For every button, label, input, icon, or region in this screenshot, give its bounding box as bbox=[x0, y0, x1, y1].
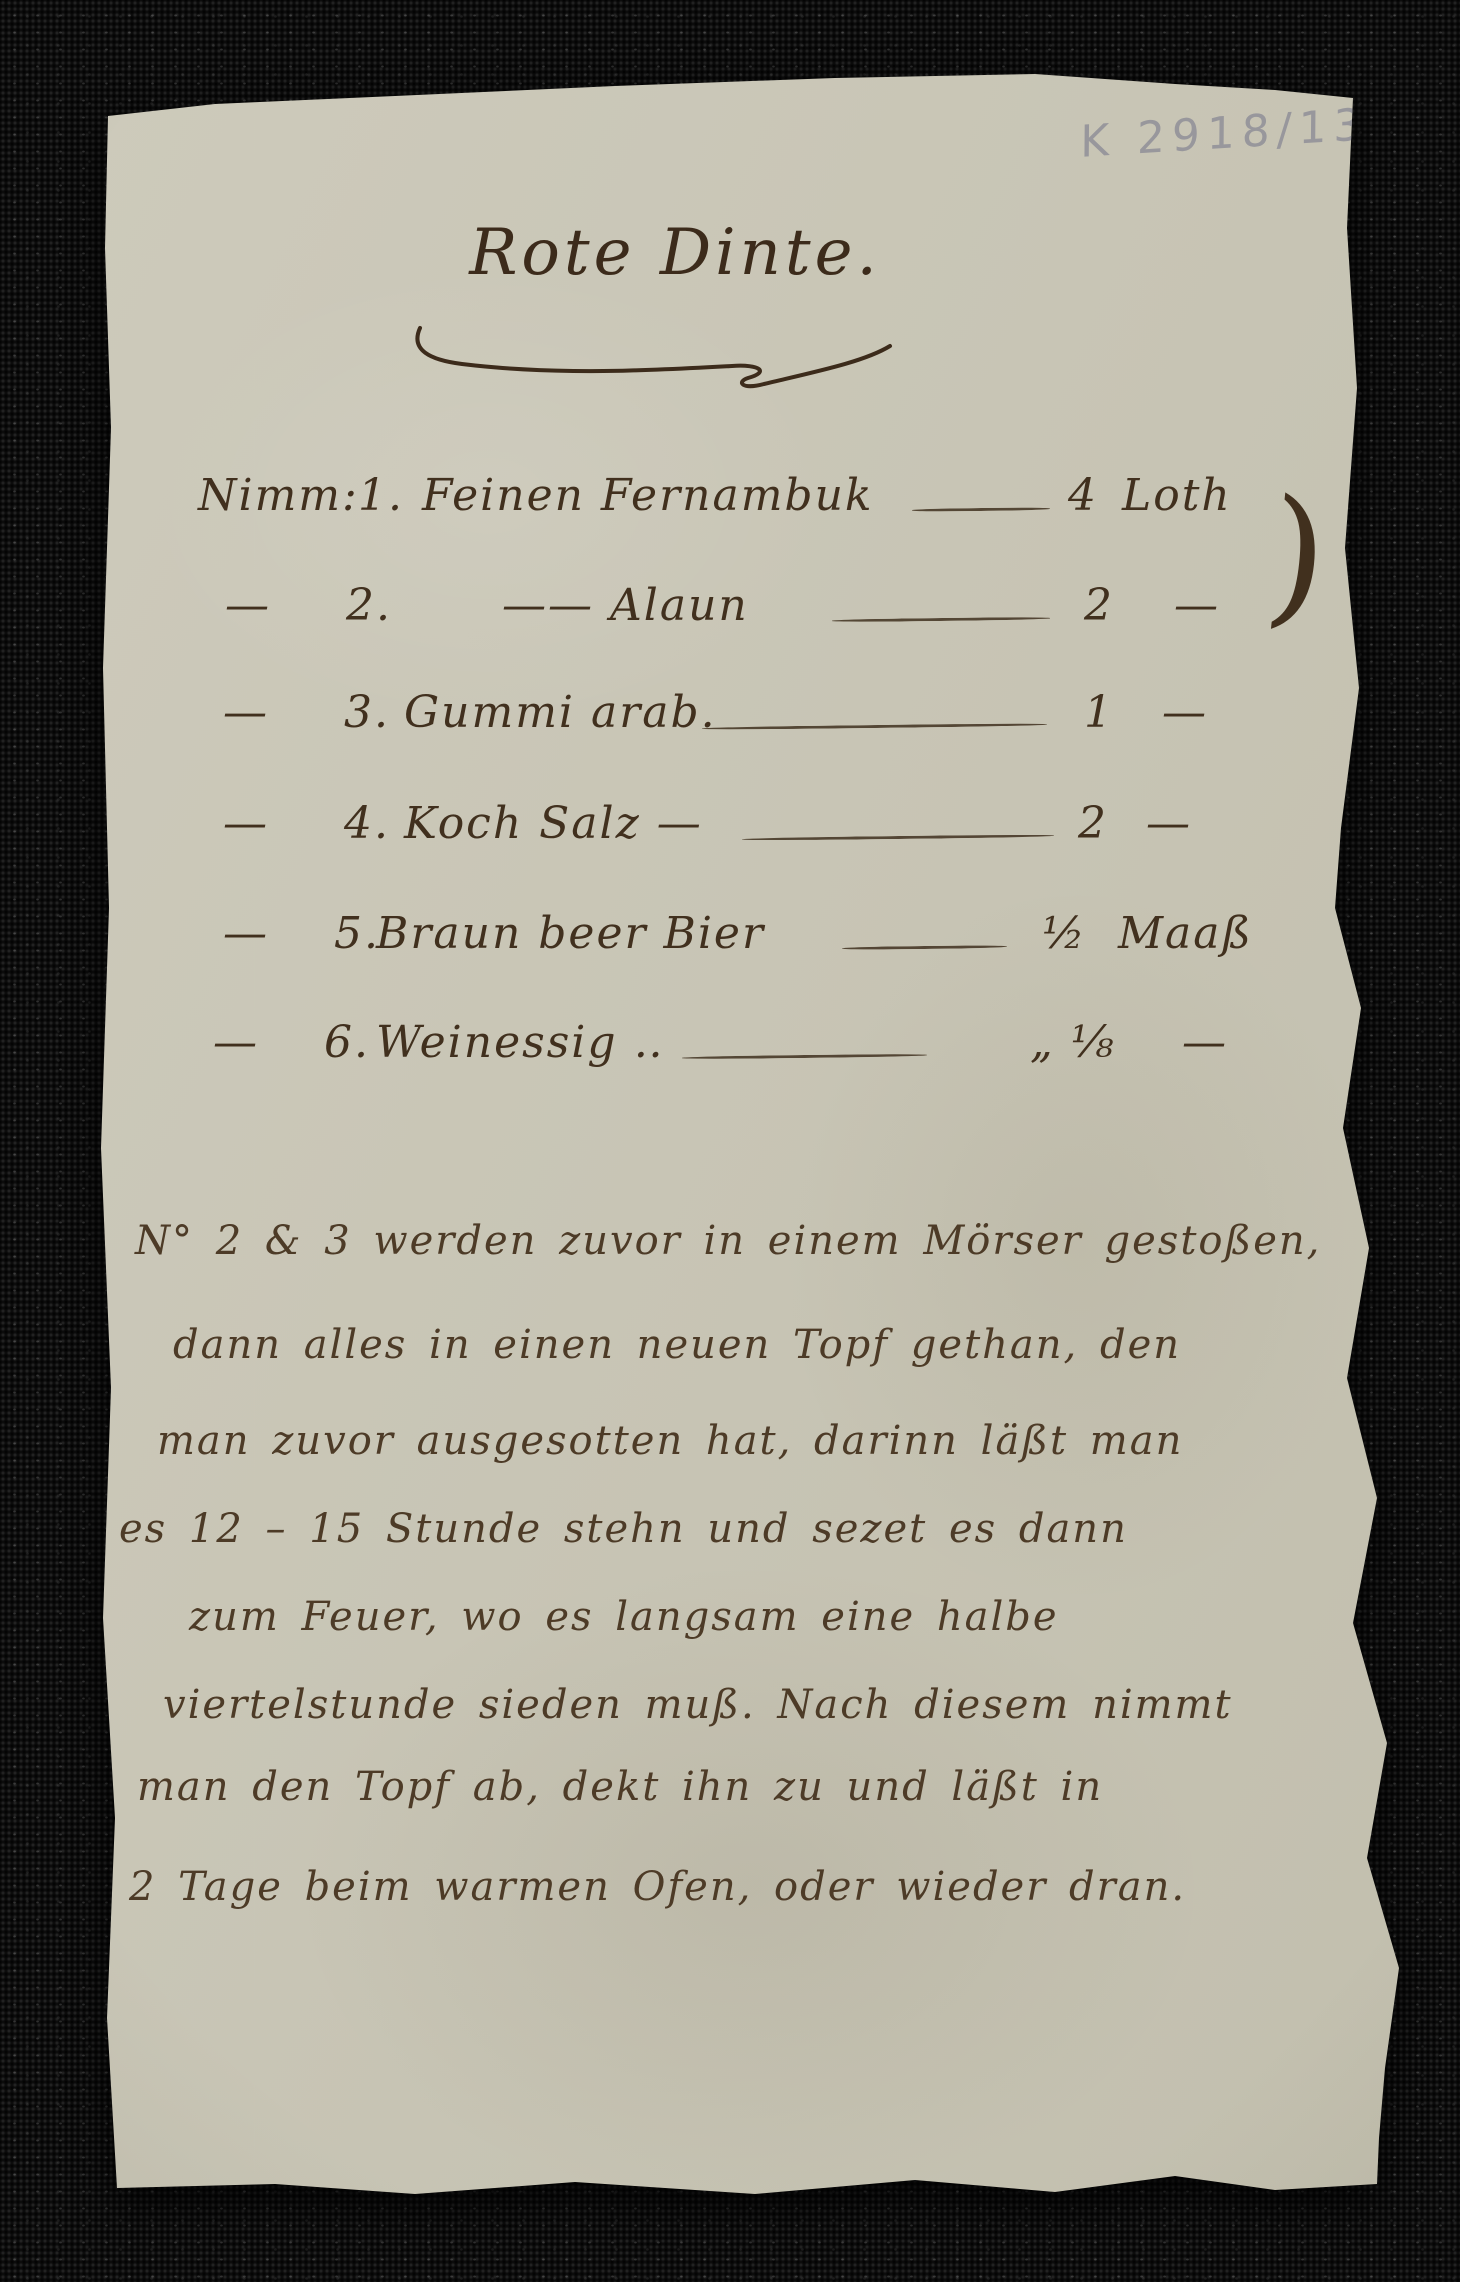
ingredient-quantity: 2 bbox=[1084, 580, 1114, 631]
row-number: 6. bbox=[324, 1017, 370, 1068]
filler-dash-line bbox=[842, 945, 1007, 950]
ingredient-name: —— Alaun bbox=[502, 580, 749, 631]
instruction-line: viertelstunde sieden muß. Nach diesem ni… bbox=[163, 1682, 1423, 1728]
ingredient-unit: — bbox=[1174, 580, 1220, 631]
ingredient-name: Gummi arab. bbox=[404, 687, 717, 738]
ingredient-quantity: 1 bbox=[1084, 687, 1114, 738]
row-number: 3. bbox=[344, 687, 390, 738]
instruction-line: N° 2 & 3 werden zuvor in einem Mörser ge… bbox=[135, 1218, 1395, 1264]
ingredient-quantity: 2 bbox=[1078, 798, 1108, 849]
row-number: 4. bbox=[344, 798, 390, 849]
instruction-line: dann alles in einen neuen Topf gethan, d… bbox=[173, 1322, 1433, 1368]
ingredient-unit: — bbox=[1146, 798, 1192, 849]
ingredient-row: Nimm: 1. Feinen Fernambuk 4 Loth ) bbox=[140, 460, 1360, 540]
instruction-line: zum Feuer, wo es langsam eine halbe bbox=[189, 1594, 1449, 1640]
ditto-dash: — bbox=[225, 580, 271, 631]
ingredient-quantity: „ ⅛ bbox=[1030, 1017, 1115, 1068]
filler-dash-line bbox=[912, 507, 1050, 512]
filler-dash-line bbox=[742, 834, 1054, 841]
ingredient-name: Weinessig ‥ bbox=[376, 1017, 665, 1068]
ingredient-name: Braun beer Bier bbox=[376, 908, 765, 959]
document-title: Rote Dinte. bbox=[395, 216, 955, 290]
row-number: 5. bbox=[334, 908, 380, 959]
filler-dash-line bbox=[832, 617, 1050, 623]
instruction-line: man zuvor ausgesotten hat, darinn läßt m… bbox=[157, 1418, 1417, 1464]
row-number: 2. bbox=[346, 580, 392, 631]
ingredient-name: Feinen Fernambuk bbox=[422, 470, 874, 521]
instruction-line: 2 Tage beim warmen Ofen, oder wieder dra… bbox=[129, 1864, 1389, 1910]
ingredient-row: — 5. Braun beer Bier ½ Maaß bbox=[140, 898, 1360, 978]
row-number: 1. bbox=[358, 470, 404, 521]
ingredient-unit: Loth bbox=[1122, 470, 1232, 521]
archive-mark: K 2918/13 bbox=[1080, 99, 1369, 168]
ingredient-row: — 4. Koch Salz — 2 — bbox=[140, 788, 1360, 868]
ingredient-name: Koch Salz — bbox=[404, 798, 703, 849]
filler-dash-line bbox=[682, 1054, 927, 1060]
ditto-dash: — bbox=[223, 798, 269, 849]
title-underline-flourish bbox=[410, 320, 900, 400]
paper-sheet: K 2918/13 Rote Dinte. Nimm: 1. Feinen Fe… bbox=[95, 68, 1405, 2208]
paper-sheet-wrapper: K 2918/13 Rote Dinte. Nimm: 1. Feinen Fe… bbox=[95, 68, 1405, 2208]
ingredient-quantity: ½ bbox=[1042, 908, 1087, 959]
row-intro: Nimm: bbox=[198, 470, 359, 521]
photographed-manuscript: { "page": { "background_color": "#0c0c0c… bbox=[0, 0, 1460, 2282]
instruction-line: man den Topf ab, dekt ihn zu und läßt in bbox=[137, 1764, 1397, 1810]
ingredient-unit: — bbox=[1182, 1017, 1228, 1068]
ingredient-unit: — bbox=[1162, 687, 1208, 738]
ingredient-row: — 6. Weinessig ‥ „ ⅛ — bbox=[140, 1007, 1360, 1087]
filler-dash-line bbox=[702, 723, 1047, 730]
ditto-dash: — bbox=[213, 1017, 259, 1068]
ingredient-row: — 3. Gummi arab. 1 — bbox=[140, 677, 1360, 757]
ditto-dash: — bbox=[223, 687, 269, 738]
instruction-line: es 12 – 15 Stunde stehn und sezet es dan… bbox=[119, 1506, 1379, 1552]
ingredient-row: — 2. —— Alaun 2 — bbox=[140, 570, 1360, 650]
ingredient-unit: Maaß bbox=[1118, 908, 1253, 959]
ingredient-quantity: 4 bbox=[1068, 470, 1098, 521]
ditto-dash: — bbox=[223, 908, 269, 959]
